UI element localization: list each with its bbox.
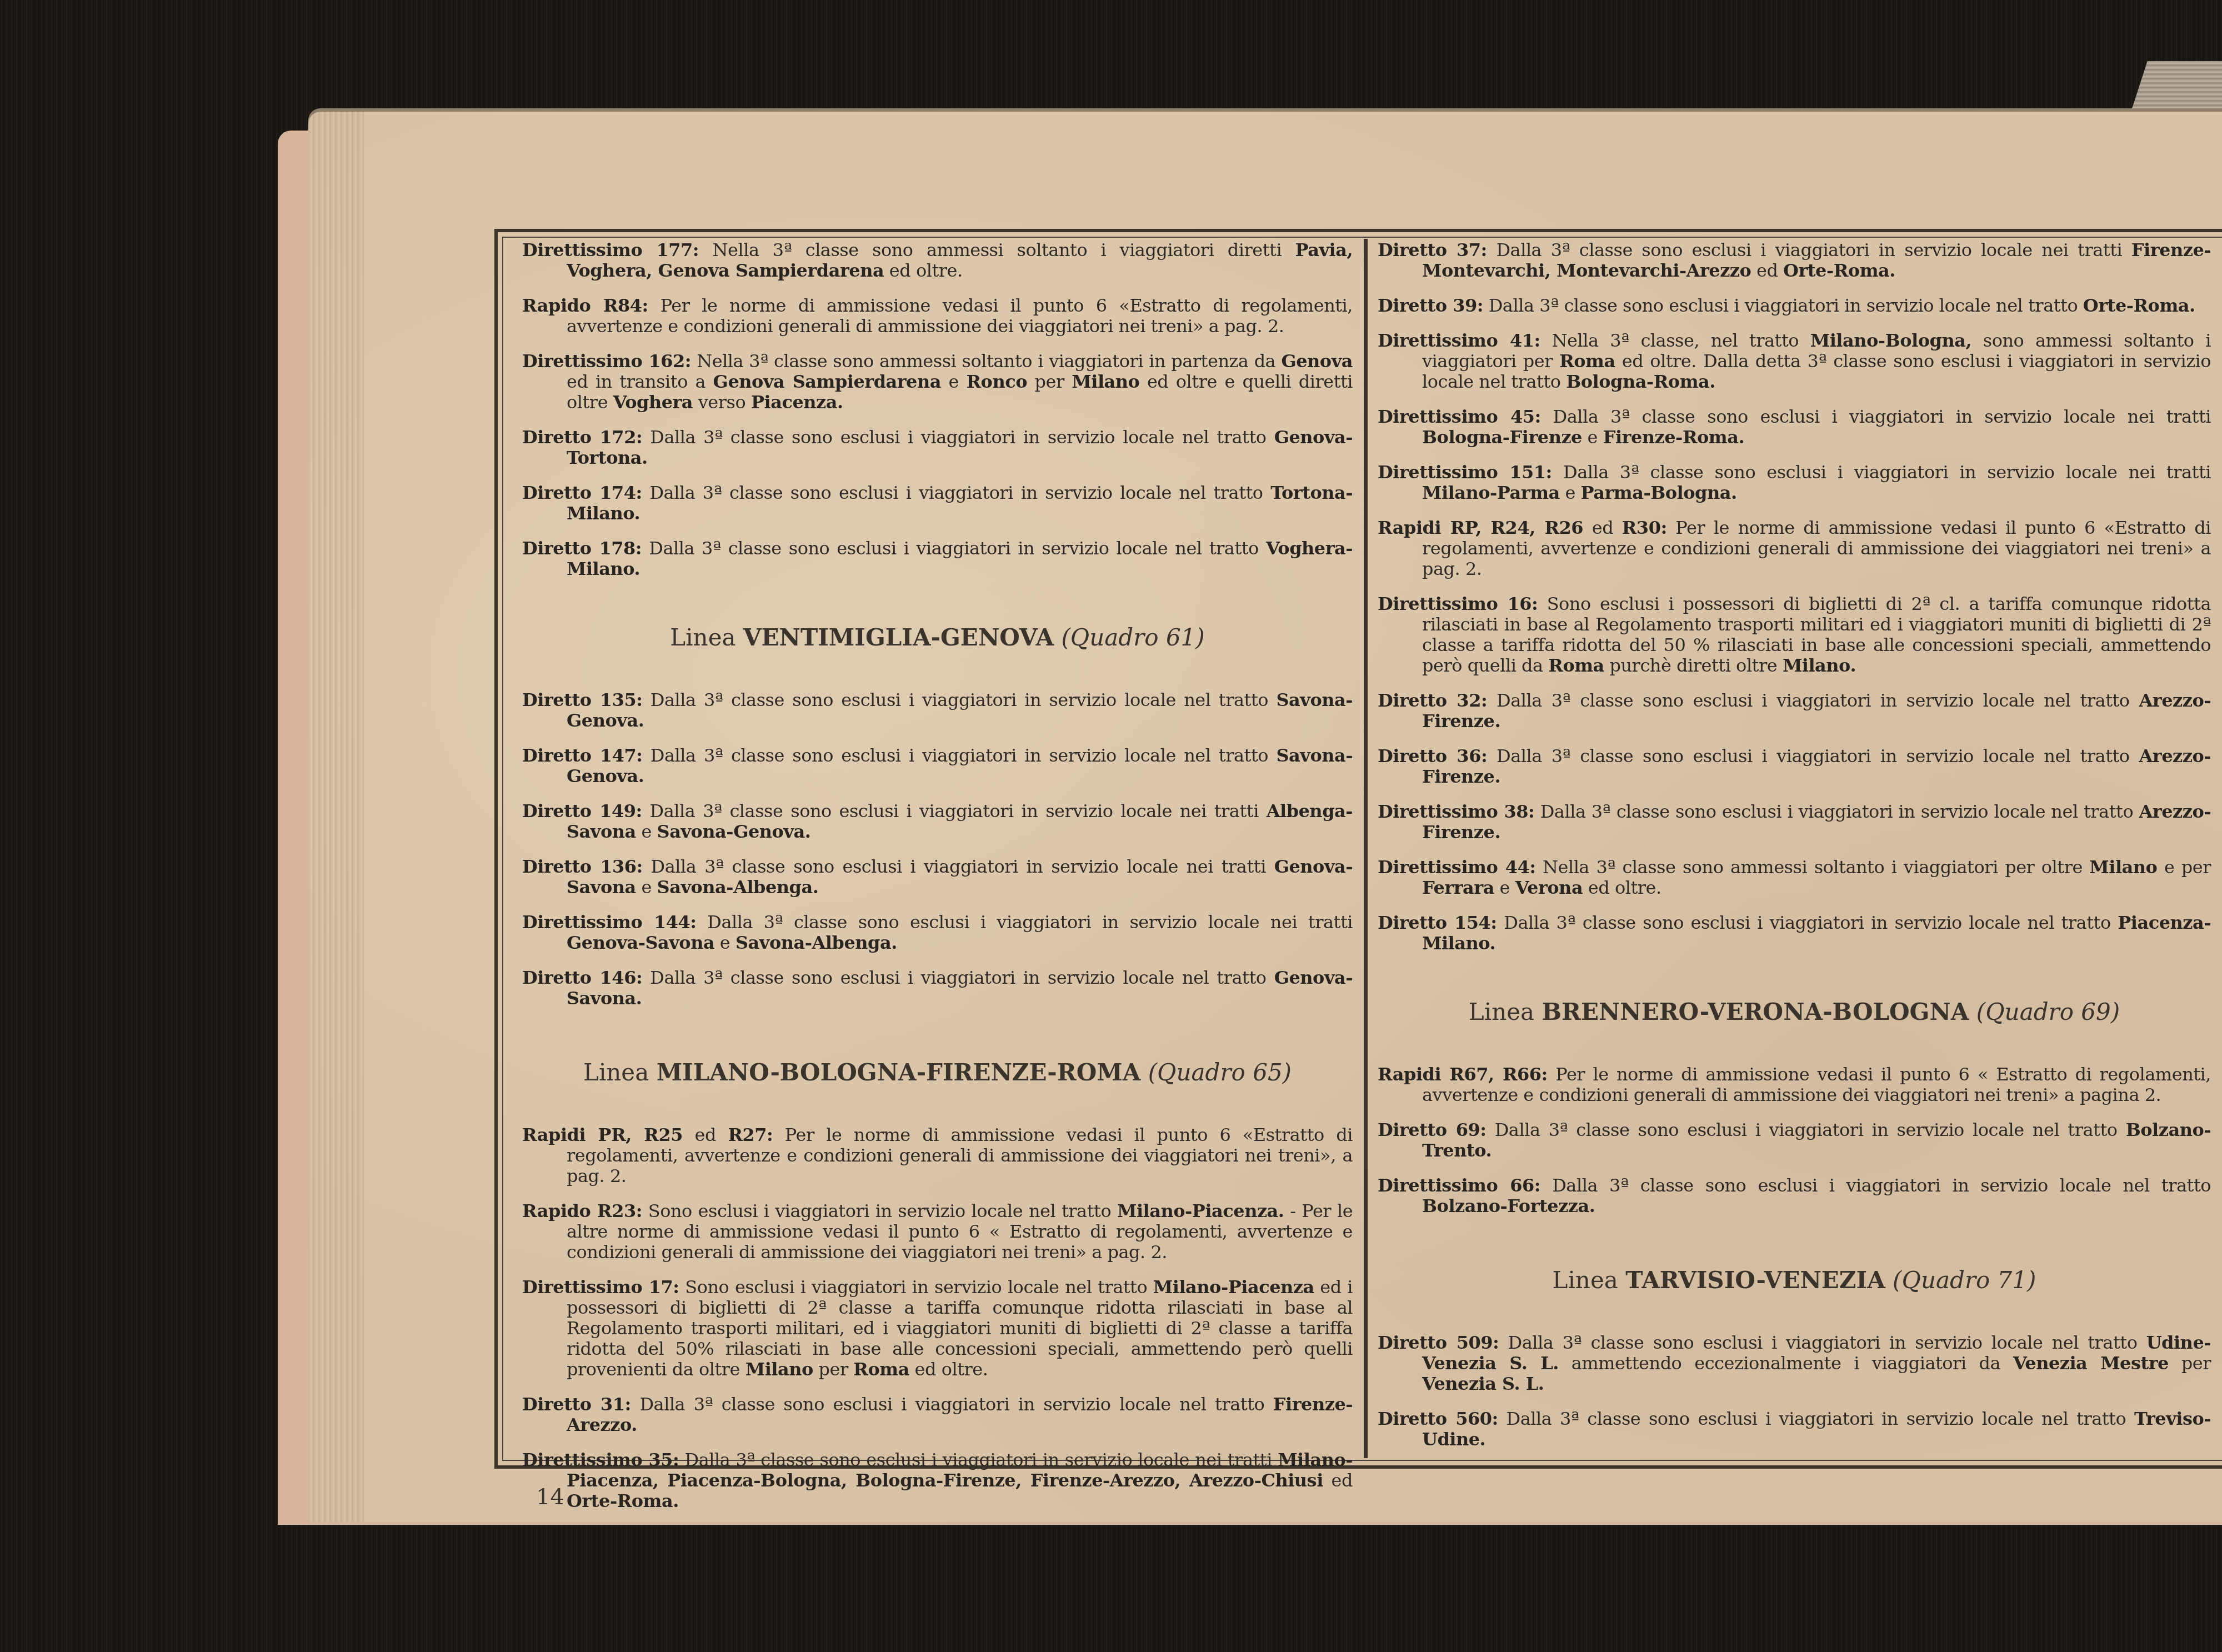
entry-text: Per le norme di ammissione vedasi il pun… <box>567 1124 1353 1187</box>
page-number: 14 <box>536 1484 564 1510</box>
entry-lead: Rapido R84: <box>522 295 648 316</box>
entry-direttissimo-177: Direttissimo 177: Nella 3ª classe sono a… <box>522 240 1353 281</box>
entry-lead: Rapidi R67, R66: <box>1378 1064 1548 1085</box>
entry-direttissimo-41: Direttissimo 41: Nella 3ª classe, nel tr… <box>1378 331 2211 392</box>
entry-diretto-39: Diretto 39: Dalla 3ª classe sono esclusi… <box>1378 296 2211 316</box>
entry-text: e <box>949 371 959 392</box>
entry-diretto-32: Diretto 32: Dalla 3ª classe sono esclusi… <box>1378 690 2211 732</box>
entry-text: Sono esclusi i viaggiatori in servizio l… <box>685 1276 1147 1298</box>
entry-lead: Rapido R23: <box>522 1200 642 1222</box>
entry-direttissimo-16: Direttissimo 16: Sono esclusi i possesso… <box>1378 594 2211 676</box>
entry-direttissimo-45: Direttissimo 45: Dalla 3ª classe sono es… <box>1378 407 2211 448</box>
entry-text: ed <box>1756 260 1778 281</box>
entry-diretto-154: Diretto 154: Dalla 3ª classe sono esclus… <box>1378 913 2211 954</box>
entry-direttissimo-144: Direttissimo 144: Dalla 3ª classe sono e… <box>522 912 1353 953</box>
entry-lead: Diretto 154: <box>1378 912 1497 933</box>
entry-place: Milano <box>1072 371 1139 392</box>
entry-lead: Rapidi PR, R25 <box>522 1124 683 1145</box>
entry-text: Dalla 3ª classe sono esclusi i viaggiato… <box>707 912 1353 933</box>
entry-diretto-149: Diretto 149: Dalla 3ª classe sono esclus… <box>522 801 1353 842</box>
entry-place: Parma-Bologna. <box>1581 482 1737 503</box>
section-quadro: (Quadro 71) <box>1893 1266 2036 1294</box>
entry-text: Dalla 3ª classe sono esclusi i viaggiato… <box>1504 912 2110 933</box>
section-prefix: Linea <box>583 1059 649 1086</box>
entry-text: Dalla 3ª classe sono esclusi i viaggiato… <box>1497 745 2130 767</box>
entry-lead: Diretto 36: <box>1378 745 1487 767</box>
entry-text: e <box>641 877 651 898</box>
entry-place: Venezia S. L. <box>1422 1373 1544 1394</box>
page-gutter <box>308 111 364 1522</box>
entry-diretto-136: Diretto 136: Dalla 3ª classe sono esclus… <box>522 857 1353 898</box>
entry-place: Roma <box>853 1359 909 1380</box>
entry-place: Milano-Piacenza. <box>1117 1200 1284 1222</box>
entry-text: Nella 3ª classe sono ammessi soltanto i … <box>713 239 1282 261</box>
entry-diretto-172: Diretto 172: Dalla 3ª classe sono esclus… <box>522 427 1353 468</box>
section-name: TARVISIO-VENEZIA <box>1625 1266 1885 1294</box>
entry-text: Nella 3ª classe sono ammessi soltanto i … <box>1543 857 2083 878</box>
entry-lead: Diretto 146: <box>522 967 642 988</box>
entry-place: Genova-Savona <box>567 932 714 953</box>
entry-place: Savona-Albenga. <box>735 932 897 953</box>
entry-rapidi-pr-r25-r27: Rapidi PR, R25 ed R27: Per le norme di a… <box>522 1125 1353 1187</box>
entry-place: Orte-Roma. <box>567 1490 679 1511</box>
entry-lead: Direttissimo 45: <box>1378 406 1541 427</box>
section-name: VENTIMIGLIA-GENOVA <box>743 624 1054 651</box>
entry-place: Venezia Mestre <box>2013 1353 2169 1374</box>
entry-direttissimo-162: Direttissimo 162: Nella 3ª classe sono a… <box>522 351 1353 413</box>
entry-diretto-135: Diretto 135: Dalla 3ª classe sono esclus… <box>522 690 1353 731</box>
entry-lead: Direttissimo 17: <box>522 1276 679 1298</box>
entry-lead: Direttissimo 177: <box>522 239 699 261</box>
entry-direttissimo-17: Direttissimo 17: Sono esclusi i viaggiat… <box>522 1277 1353 1380</box>
entry-lead: Diretto 69: <box>1378 1119 1487 1140</box>
entry-place: Genova <box>1281 351 1353 372</box>
entry-place: Bolzano-Fortezza. <box>1422 1195 1595 1217</box>
entry-text: Dalla 3ª classe sono esclusi i viaggiato… <box>684 1449 1272 1470</box>
entry-direttissimo-38: Direttissimo 38: Dalla 3ª classe sono es… <box>1378 802 2211 843</box>
entry-text: Nella 3ª classe sono ammessi soltanto i … <box>697 351 1275 372</box>
entry-text: e <box>1588 427 1598 448</box>
entry-text: Dalla 3ª classe sono esclusi i viaggiato… <box>1540 801 2134 822</box>
entry-place: Milano-Parma <box>1422 482 1560 503</box>
entry-text: Dalla 3ª classe sono esclusi i viaggiato… <box>1552 1175 2211 1196</box>
entry-lead: Diretto 135: <box>522 689 642 710</box>
entry-place: Orte-Roma. <box>2083 295 2195 316</box>
entry-lead: Direttissimo 66: <box>1378 1175 1540 1196</box>
entry-place: Bologna-Firenze <box>1422 427 1582 448</box>
entry-text: e <box>1565 482 1575 503</box>
entry-text: Dalla 3ª classe sono esclusi i viaggiato… <box>649 538 1259 559</box>
section-name: BRENNERO-VERONA-BOLOGNA <box>1542 998 1969 1025</box>
entry-diretto-509: Diretto 509: Dalla 3ª classe sono esclus… <box>1378 1333 2211 1394</box>
entry-lead: Direttissimo 144: <box>522 912 697 933</box>
entry-text: Dalla 3ª classe sono esclusi i viaggiato… <box>649 482 1263 503</box>
entry-lead: Diretto 174: <box>522 482 642 503</box>
entry-lead: Direttissimo 44: <box>1378 857 1536 878</box>
column-divider <box>1364 239 1368 1458</box>
entry-lead: Diretto 32: <box>1378 690 1487 711</box>
entry-place: Milano-Piacenza <box>1153 1276 1314 1298</box>
entry-text: ed oltre. <box>915 1359 988 1380</box>
entry-lead: Diretto 560: <box>1378 1408 1498 1429</box>
section-prefix: Linea <box>1469 998 1534 1025</box>
entry-direttissimo-151: Direttissimo 151: Dalla 3ª classe sono e… <box>1378 462 2211 503</box>
entry-lead: Diretto 31: <box>522 1394 631 1415</box>
entry-lead: Diretto 147: <box>522 745 642 766</box>
entry-lead: Diretto 509: <box>1378 1332 1499 1353</box>
entry-diretto-147: Diretto 147: Dalla 3ª classe sono esclus… <box>522 745 1353 787</box>
entry-lead: R27: <box>728 1124 773 1145</box>
entry-place: Voghera <box>613 392 693 413</box>
entry-place: Milano <box>745 1359 813 1380</box>
entry-text: Dalla 3ª classe sono esclusi i viaggiato… <box>1507 1408 2126 1429</box>
entry-text: per <box>1035 371 1064 392</box>
entry-place: Milano-Bologna, <box>1810 330 1971 351</box>
entry-text: Dalla 3ª classe sono esclusi i viaggiato… <box>1553 406 2211 427</box>
entry-text: e <box>1500 877 1510 898</box>
entry-text: e <box>720 932 730 953</box>
entry-text: Per le norme di ammissione vedasi il pun… <box>567 295 1353 337</box>
entry-diretto-174: Diretto 174: Dalla 3ª classe sono esclus… <box>522 483 1353 524</box>
entry-text: ed <box>694 1124 715 1145</box>
entry-text: ed <box>1592 517 1613 538</box>
section-name: MILANO-BOLOGNA-FIRENZE-ROMA <box>657 1059 1141 1086</box>
entry-text: Dalla 3ª classe sono esclusi i viaggiato… <box>1495 1119 2118 1140</box>
entry-text: ed <box>1332 1470 1353 1491</box>
entry-text: ed oltre. <box>1588 877 1662 898</box>
entry-place: Verona <box>1515 877 1583 898</box>
entry-text: Dalla 3ª classe sono esclusi i viaggiato… <box>1508 1332 2138 1353</box>
entry-text: Dalla 3ª classe sono esclusi i viaggiato… <box>651 856 1266 877</box>
entry-text: Dalla 3ª classe sono esclusi i viaggiato… <box>650 745 1268 766</box>
entry-place: Firenze-Roma. <box>1603 427 1744 448</box>
left-column: Direttissimo 177: Nella 3ª classe sono a… <box>522 239 1353 1455</box>
entry-place: Ronco <box>966 371 1027 392</box>
entry-direttissimo-44: Direttissimo 44: Nella 3ª classe sono am… <box>1378 857 2211 898</box>
entry-text: Sono esclusi i viaggiatori in servizio l… <box>648 1200 1111 1222</box>
entry-text: ammettendo eccezionalmente i viaggiatori… <box>1572 1353 2000 1374</box>
section-prefix: Linea <box>1553 1266 1618 1294</box>
entry-diretto-560: Diretto 560: Dalla 3ª classe sono esclus… <box>1378 1409 2211 1450</box>
entry-lead: Diretto 149: <box>522 800 642 822</box>
entry-lead: Direttissimo 16: <box>1378 593 1538 614</box>
entry-diretto-37: Diretto 37: Dalla 3ª classe sono esclusi… <box>1378 240 2211 281</box>
entry-text: Dalla 3ª classe sono esclusi i viaggiato… <box>650 427 1266 448</box>
entry-text: Dalla 3ª classe sono esclusi i viaggiato… <box>1563 462 2211 483</box>
entry-place: Roma <box>1559 351 1615 372</box>
entry-diretto-69: Diretto 69: Dalla 3ª classe sono esclusi… <box>1378 1120 2211 1161</box>
entry-text: per <box>2181 1353 2211 1374</box>
entry-text: verso <box>698 392 746 413</box>
section-quadro: (Quadro 65) <box>1148 1059 1292 1086</box>
entry-lead: R30: <box>1622 517 1667 538</box>
entry-lead: Direttissimo 35: <box>522 1449 679 1470</box>
entry-place: Bologna-Roma. <box>1566 371 1715 392</box>
entry-text: per <box>818 1359 848 1380</box>
entry-place: Milano <box>2089 857 2157 878</box>
entry-lead: Direttissimo 151: <box>1378 462 1552 483</box>
entry-place: Roma <box>1548 655 1604 676</box>
entry-text: Dalla 3ª classe sono esclusi i viaggiato… <box>1496 239 2122 261</box>
entry-lead: Diretto 178: <box>522 538 642 559</box>
entry-place: Savona-Genova. <box>657 821 811 842</box>
entry-place: Savona-Albenga. <box>657 877 819 898</box>
entry-lead: Diretto 136: <box>522 856 643 877</box>
entry-lead: Direttissimo 162: <box>522 351 691 372</box>
section-title-ventimiglia-genova: Linea VENTIMIGLIA-GENOVA (Quadro 61) <box>522 624 1353 651</box>
entry-text: ed oltre. <box>889 260 963 281</box>
section-prefix: Linea <box>670 624 735 651</box>
entry-lead: Diretto 172: <box>522 427 642 448</box>
entry-place: Genova Sampierdarena <box>713 371 941 392</box>
section-title-tarvisio-venezia: Linea TARVISIO-VENEZIA (Quadro 71) <box>1378 1266 2211 1294</box>
entry-direttissimo-66: Direttissimo 66: Dalla 3ª classe sono es… <box>1378 1175 2211 1217</box>
section-quadro: (Quadro 69) <box>1976 998 2120 1025</box>
entry-place: Piacenza. <box>751 392 843 413</box>
entry-lead: Rapidi RP, R24, R26 <box>1378 517 1583 538</box>
entry-text: Dalla 3ª classe sono esclusi i viaggiato… <box>1497 690 2130 711</box>
entry-text: Dalla 3ª classe sono esclusi i viaggiato… <box>650 800 1259 822</box>
section-title-milano-bologna-firenze-roma: Linea MILANO-BOLOGNA-FIRENZE-ROMA (Quadr… <box>522 1059 1353 1086</box>
entry-text: Dalla 3ª classe sono esclusi i viaggiato… <box>639 1394 1264 1415</box>
entry-rapido-r84: Rapido R84: Per le norme di ammissione v… <box>522 296 1353 337</box>
entry-lead: Direttissimo 41: <box>1378 330 1540 351</box>
entry-diretto-146: Diretto 146: Dalla 3ª classe sono esclus… <box>522 968 1353 1009</box>
entry-lead: Direttissimo 38: <box>1378 801 1534 822</box>
entry-diretto-31: Diretto 31: Dalla 3ª classe sono esclusi… <box>522 1394 1353 1435</box>
entry-text: e per <box>2164 857 2211 878</box>
entry-lead: Diretto 39: <box>1378 295 1483 316</box>
entry-text: ed in transito a <box>567 371 705 392</box>
entry-diretto-178: Diretto 178: Dalla 3ª classe sono esclus… <box>522 538 1353 579</box>
entry-text: purchè diretti oltre <box>1610 655 1778 676</box>
entry-place: Ferrara <box>1422 877 1494 898</box>
entry-diretto-36: Diretto 36: Dalla 3ª classe sono esclusi… <box>1378 746 2211 787</box>
entry-rapidi-rp-r24-r26-r30: Rapidi RP, R24, R26 ed R30: Per le norme… <box>1378 518 2211 579</box>
entry-text: Dalla 3ª classe sono esclusi i viaggiato… <box>650 967 1266 988</box>
entry-rapidi-r67-r66: Rapidi R67, R66: Per le norme di ammissi… <box>1378 1064 2211 1105</box>
entry-rapido-r23: Rapido R23: Sono esclusi i viaggiatori i… <box>522 1201 1353 1263</box>
right-column: Diretto 37: Dalla 3ª classe sono esclusi… <box>1378 239 2211 1455</box>
section-title-brennero-verona-bologna: Linea BRENNERO-VERONA-BOLOGNA (Quadro 69… <box>1378 998 2211 1025</box>
entry-place: Milano. <box>1783 655 1856 676</box>
entry-direttissimo-35: Direttissimo 35: Dalla 3ª classe sono es… <box>522 1450 1353 1511</box>
entry-text: Dalla 3ª classe sono esclusi i viaggiato… <box>1489 295 2078 316</box>
entry-text: e <box>641 821 651 842</box>
entry-place: Orte-Roma. <box>1783 260 1895 281</box>
entry-lead: Diretto 37: <box>1378 239 1487 261</box>
entry-text: Dalla 3ª classe sono esclusi i viaggiato… <box>650 689 1268 710</box>
section-quadro: (Quadro 61) <box>1061 624 1204 651</box>
entry-text: Nella 3ª classe, nel tratto <box>1552 330 1799 351</box>
